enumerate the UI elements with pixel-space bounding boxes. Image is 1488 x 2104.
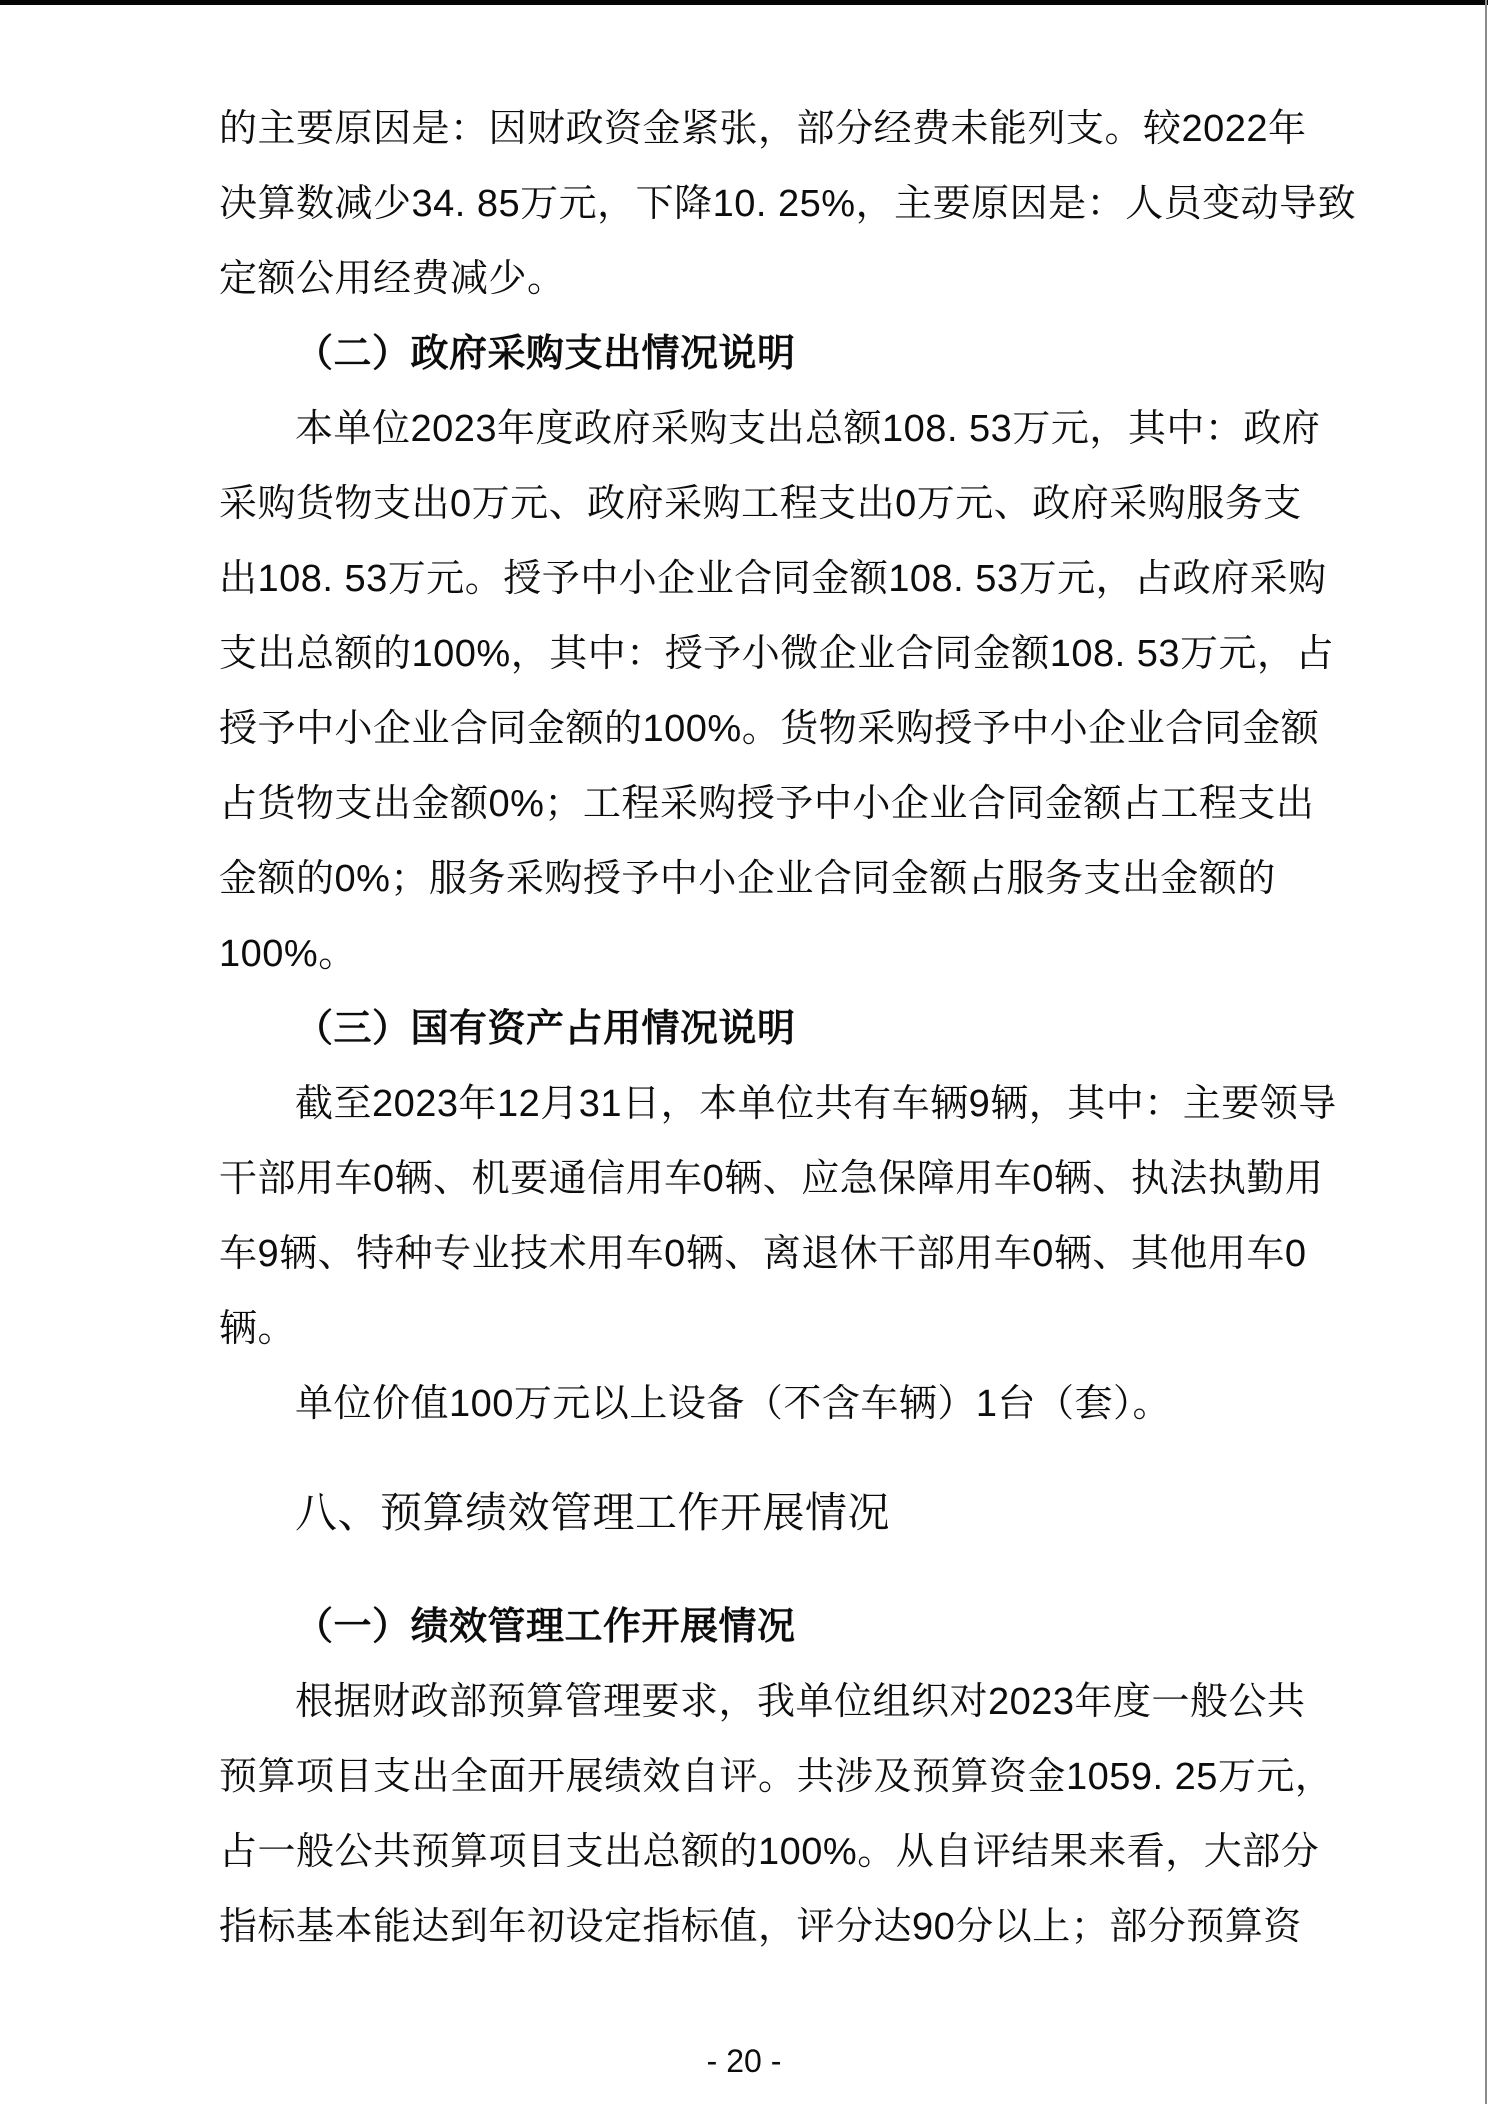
text-line: 预算项目支出全面开展绩效自评。共涉及预算资金1059. 25万元， <box>219 1740 1379 1815</box>
text-line: 单位价值100万元以上设备（不含车辆）1台（套）。 <box>219 1367 1379 1442</box>
text-line: 出108. 53万元。授予中小企业合同金额108. 53万元，占政府采购 <box>219 542 1379 617</box>
section-heading-8-1: （一）绩效管理工作开展情况 <box>219 1590 1379 1665</box>
page-number: - 20 - <box>0 2043 1488 2079</box>
section-heading-8: 八、预算绩效管理工作开展情况 <box>219 1475 1379 1550</box>
section-heading-2: （二）政府采购支出情况说明 <box>219 317 1379 392</box>
text-line: 根据财政部预算管理要求，我单位组织对2023年度一般公共 <box>219 1665 1379 1740</box>
text-line: 占货物支出金额0%；工程采购授予中小企业合同金额占工程支出 <box>219 767 1379 842</box>
text-line: 本单位2023年度政府采购支出总额108. 53万元，其中：政府 <box>219 392 1379 467</box>
document-page: 的主要原因是：因财政资金紧张，部分经费未能列支。较2022年 决算数减少34. … <box>0 0 1488 2104</box>
text-line: 采购货物支出0万元、政府采购工程支出0万元、政府采购服务支 <box>219 467 1379 542</box>
scan-artifact-right-edge-line <box>1485 0 1487 2104</box>
text-line: 辆。 <box>219 1292 1379 1367</box>
text-line: 授予中小企业合同金额的100%。货物采购授予中小企业合同金额 <box>219 692 1379 767</box>
text-line: 指标基本能达到年初设定指标值，评分达90分以上；部分预算资 <box>219 1890 1379 1965</box>
section-heading-3: （三）国有资产占用情况说明 <box>219 992 1379 1067</box>
text-line: 决算数减少34. 85万元，下降10. 25%，主要原因是：人员变动导致 <box>219 167 1379 242</box>
text-line: 干部用车0辆、机要通信用车0辆、应急保障用车0辆、执法执勤用 <box>219 1142 1379 1217</box>
text-line: 定额公用经费减少。 <box>219 242 1379 317</box>
text-line: 支出总额的100%，其中：授予小微企业合同金额108. 53万元，占 <box>219 617 1379 692</box>
text-line: 截至2023年12月31日，本单位共有车辆9辆，其中：主要领导 <box>219 1067 1379 1142</box>
text-line: 的主要原因是：因财政资金紧张，部分经费未能列支。较2022年 <box>219 92 1379 167</box>
text-line: 占一般公共预算项目支出总额的100%。从自评结果来看，大部分 <box>219 1815 1379 1890</box>
text-line: 100%。 <box>219 917 1379 992</box>
document-body: 的主要原因是：因财政资金紧张，部分经费未能列支。较2022年 决算数减少34. … <box>0 0 1379 1965</box>
text-line: 车9辆、特种专业技术用车0辆、离退休干部用车0辆、其他用车0 <box>219 1217 1379 1292</box>
text-line: 金额的0%；服务采购授予中小企业合同金额占服务支出金额的 <box>219 842 1379 917</box>
